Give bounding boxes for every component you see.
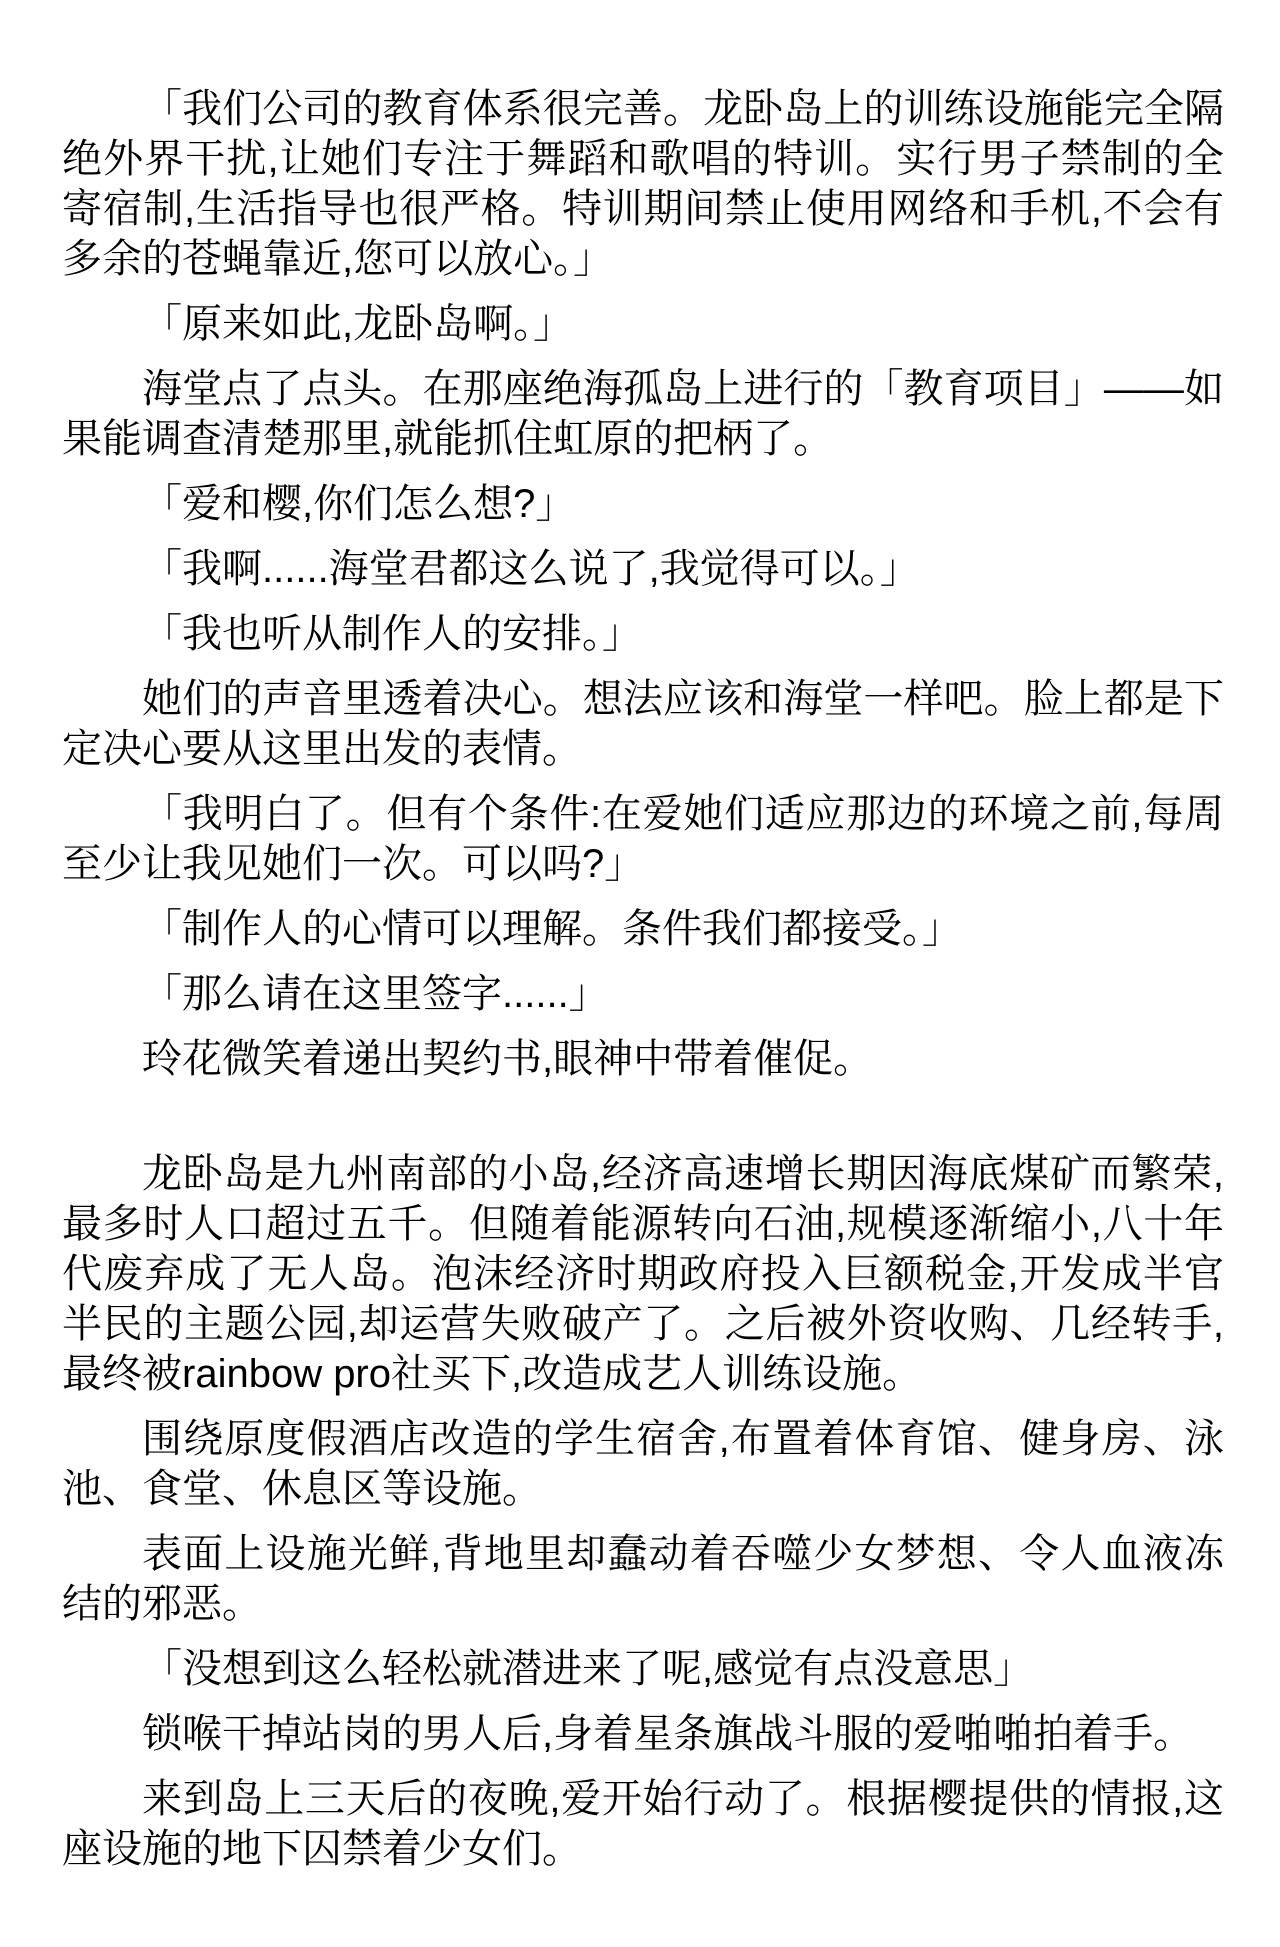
novel-text: 「我们公司的教育体系很完善。龙卧岛上的训练设施能完全隔绝外界干扰,让她们专注于舞…: [62, 84, 1224, 1874]
novel-paragraph: 「我们公司的教育体系很完善。龙卧岛上的训练设施能完全隔绝外界干扰,让她们专注于舞…: [62, 84, 1224, 284]
novel-paragraph: 「没想到这么轻松就潜进来了呢,感觉有点没意思」: [62, 1644, 1224, 1694]
novel-paragraph: 「那么请在这里签字......」: [62, 969, 1224, 1019]
novel-paragraph: 「爱和樱,你们怎么想?」: [62, 479, 1224, 529]
novel-paragraph: 她们的声音里透着决心。想法应该和海堂一样吧。脸上都是下定决心要从这里出发的表情。: [62, 674, 1224, 774]
novel-paragraph: 「我啊......海堂君都这么说了,我觉得可以。」: [62, 544, 1224, 594]
scene-break: [62, 1099, 1224, 1149]
ebook-page: 「我们公司的教育体系很完善。龙卧岛上的训练设施能完全隔绝外界干扰,让她们专注于舞…: [0, 0, 1280, 1947]
novel-paragraph: 海堂点了点头。在那座绝海孤岛上进行的「教育项目」——如果能调查清楚那里,就能抓住…: [62, 364, 1224, 464]
novel-paragraph: 玲花微笑着递出契约书,眼神中带着催促。: [62, 1034, 1224, 1084]
novel-paragraph: 「我也听从制作人的安排。」: [62, 609, 1224, 659]
novel-paragraph: 来到岛上三天后的夜晚,爱开始行动了。根据樱提供的情报,这座设施的地下囚禁着少女们…: [62, 1774, 1224, 1874]
novel-paragraph: 「制作人的心情可以理解。条件我们都接受。」: [62, 904, 1224, 954]
novel-paragraph: 龙卧岛是九州南部的小岛,经济高速增长期因海底煤矿而繁荣,最多时人口超过五千。但随…: [62, 1149, 1224, 1399]
novel-paragraph: 「我明白了。但有个条件:在爱她们适应那边的环境之前,每周至少让我见她们一次。可以…: [62, 789, 1224, 889]
novel-paragraph: 锁喉干掉站岗的男人后,身着星条旗战斗服的爱啪啪拍着手。: [62, 1709, 1224, 1759]
novel-paragraph: 「原来如此,龙卧岛啊。」: [62, 299, 1224, 349]
novel-paragraph: 围绕原度假酒店改造的学生宿舍,布置着体育馆、健身房、泳池、食堂、休息区等设施。: [62, 1414, 1224, 1514]
novel-paragraph: 表面上设施光鲜,背地里却蠢动着吞噬少女梦想、令人血液冻结的邪恶。: [62, 1529, 1224, 1629]
